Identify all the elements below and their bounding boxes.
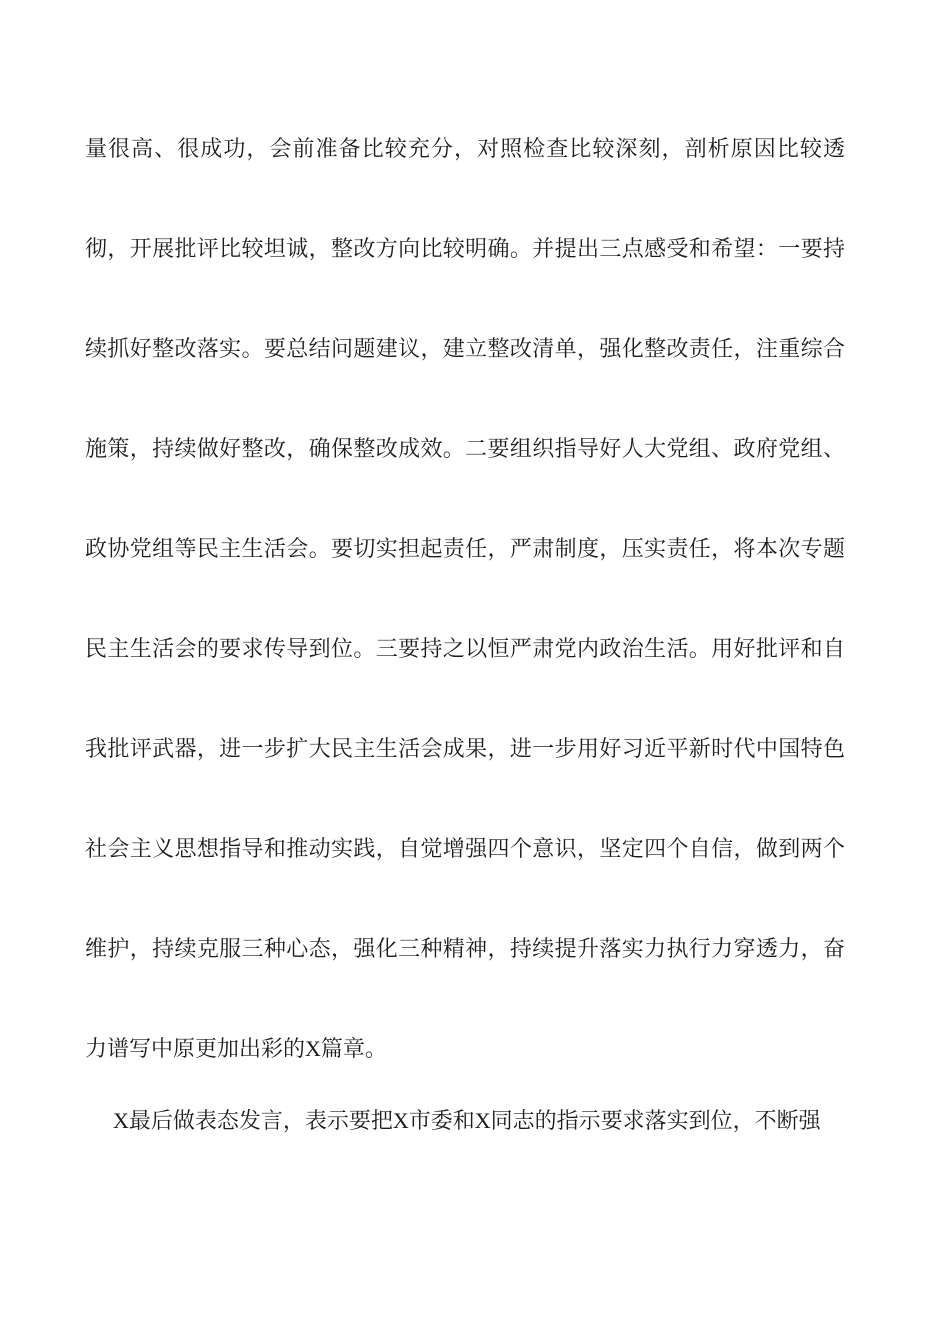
text-line: X最后做表态发言，表示要把X市委和X同志的指示要求落实到位，不断强: [85, 1085, 845, 1157]
text-line: 力谱写中原更加出彩的X篇章。: [85, 999, 845, 1099]
text-line: 施策，持续做好整改，确保整改成效。二要组织指导好人大党组、政府党组、: [85, 399, 845, 499]
text-line: 民主生活会的要求传导到位。三要持之以恒严肃党内政治生活。用好批评和自: [85, 599, 845, 699]
text-line: 彻，开展批评比较坦诚，整改方向比较明确。并提出三点感受和希望：一要持: [85, 199, 845, 299]
paragraph-continuation: 量很高、很成功，会前准备比较充分，对照检查比较深刻，剖析原因比较透 彻，开展批评…: [85, 99, 845, 1099]
document-page: 量很高、很成功，会前准备比较充分，对照检查比较深刻，剖析原因比较透 彻，开展批评…: [0, 0, 950, 1344]
text-line: 我批评武器，进一步扩大民主生活会成果，进一步用好习近平新时代中国特色: [85, 699, 845, 799]
text-line: 社会主义思想指导和推动实践，自觉增强四个意识，坚定四个自信，做到两个: [85, 799, 845, 899]
text-line: 续抓好整改落实。要总结问题建议，建立整改清单，强化整改责任，注重综合: [85, 299, 845, 399]
text-line: 政协党组等民主生活会。要切实担起责任，严肃制度，压实责任，将本次专题: [85, 499, 845, 599]
text-line: 维护，持续克服三种心态，强化三种精神，持续提升落实力执行力穿透力，奋: [85, 899, 845, 999]
text-line: 量很高、很成功，会前准备比较充分，对照检查比较深刻，剖析原因比较透: [85, 99, 845, 199]
document-text-column: 量很高、很成功，会前准备比较充分，对照检查比较深刻，剖析原因比较透 彻，开展批评…: [0, 0, 950, 1157]
closing-paragraph: X最后做表态发言，表示要把X市委和X同志的指示要求落实到位，不断强: [85, 1085, 845, 1157]
